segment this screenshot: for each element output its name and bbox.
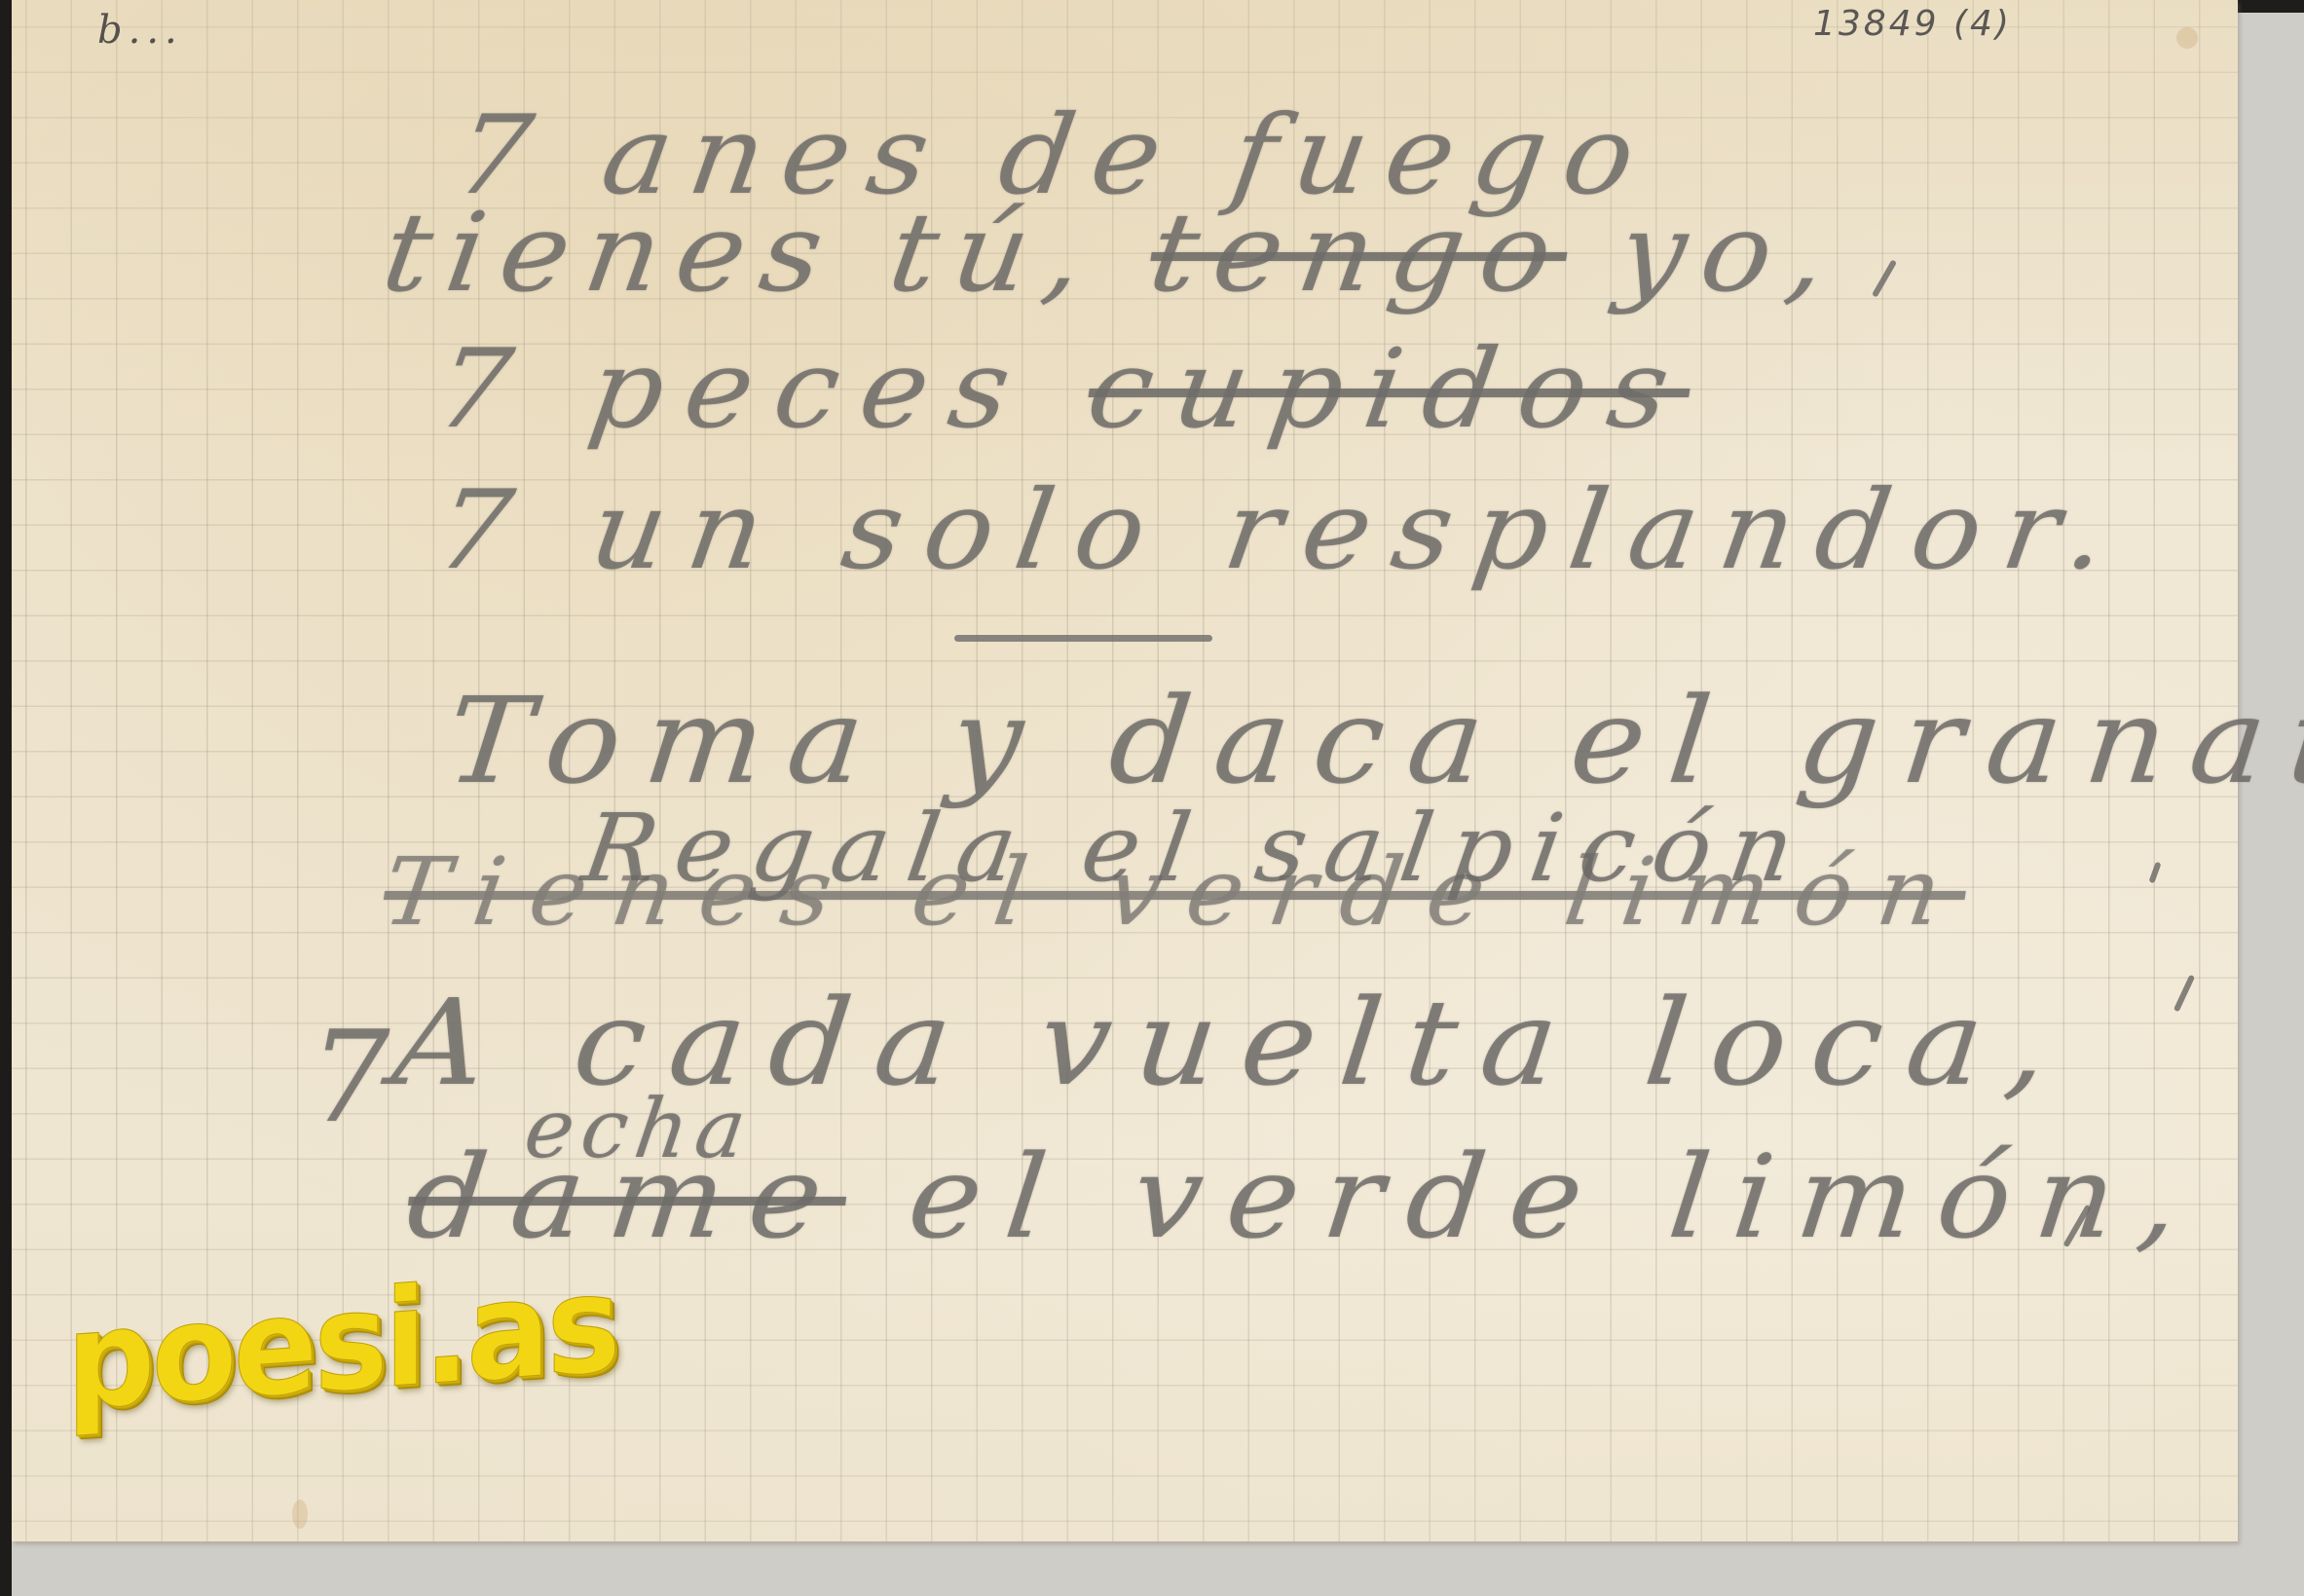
struck-word: tengo <box>1142 190 1577 316</box>
scan-top-right-edge <box>2238 0 2304 13</box>
line-3-text: 7 peces <box>428 326 1098 453</box>
margin-mark: 7 <box>310 1003 390 1151</box>
corner-mark: b... <box>97 8 183 53</box>
archive-number: 13849 (4) <box>1813 4 2012 44</box>
manuscript-line-2: tienes tú, tengo yo, <box>375 190 1850 316</box>
line-8-text: el verde limón, <box>838 1130 2211 1264</box>
paper-stain <box>292 1500 308 1529</box>
struck-line: Tienes el verde limón <box>377 837 1974 946</box>
scan-left-edge <box>0 0 12 1596</box>
paper-stain <box>2176 27 2198 49</box>
manuscript-line-4: 7 un solo resplandor. <box>428 467 2137 594</box>
stanza-separator <box>954 635 1212 642</box>
line-2-text: tienes tú, <box>375 190 1161 316</box>
manuscript-line-6-struck: Tienes el verde limón <box>377 837 1974 946</box>
manuscript-line-3: 7 peces cupidos <box>428 326 1698 453</box>
manuscript-line-8: dame el verde limón, <box>401 1130 2211 1264</box>
struck-word: dame <box>401 1130 853 1264</box>
struck-word: cupidos <box>1080 326 1699 453</box>
manuscript-line-5: Toma y daca el granate <box>440 672 2304 810</box>
line-2-end: yo, <box>1558 190 1851 316</box>
